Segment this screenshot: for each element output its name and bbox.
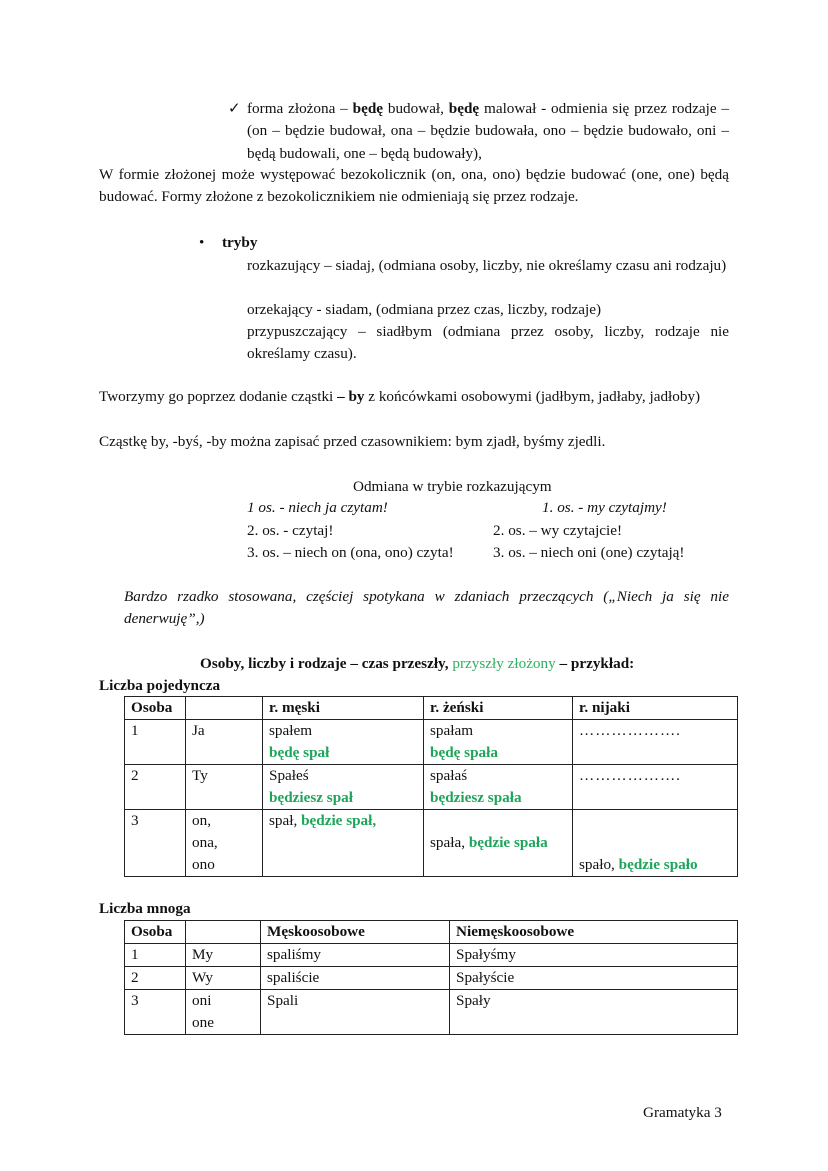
compound-form-text: forma złożona – będę budował, będę malow… xyxy=(247,98,729,165)
section-title: Osoby, liczby i rodzaje – czas przeszły,… xyxy=(200,653,634,675)
imperative-right-2: 2. os. – wy czytajcie! xyxy=(493,520,622,542)
table-row: 2 Wy spaliście Spałyście xyxy=(125,967,738,990)
imperative-title: Odmiana w trybie rozkazującym xyxy=(353,476,552,498)
table-row: 3 on,ona,ono spał, będzie spał, spała, b… xyxy=(125,810,738,877)
table-row: 3 onione Spali Spały xyxy=(125,990,738,1035)
plural-label: Liczba mnoga xyxy=(99,898,191,920)
table-row: 2 Ty Spałeśbędziesz spał spałaśbędziesz … xyxy=(125,765,738,810)
mood-item-indicative: orzekający - siadam, (odmiana przez czas… xyxy=(247,299,729,321)
moods-heading: tryby xyxy=(222,232,257,254)
table-row: 1 My spaliśmy Spałyśmy xyxy=(125,944,738,967)
by-paragraph: Tworzymy go poprzez dodanie cząstki – by… xyxy=(99,386,729,408)
rare-usage-note: Bardzo rzadko stosowana, częściej spotyk… xyxy=(124,586,729,631)
singular-table: Osoba r. męski r. żeński r. nijaki 1 Ja … xyxy=(124,696,738,877)
imperative-right-1: 1. os. - my czytajmy! xyxy=(542,497,667,519)
table-row: 1 Ja spałembędę spał spałambędę spała ……… xyxy=(125,720,738,765)
mood-item-imperative: rozkazujący – siadaj, (odmiana osoby, li… xyxy=(247,255,729,277)
table-header-row: Osoba r. męski r. żeński r. nijaki xyxy=(125,697,738,720)
imperative-right-3: 3. os. – niech oni (one) czytają! xyxy=(493,542,684,564)
plural-table: Osoba Męskoosobowe Niemęskoosobowe 1 My … xyxy=(124,920,738,1035)
imperative-left-2: 2. os. - czytaj! xyxy=(247,520,333,542)
document-page: ✓ forma złożona – będę budował, będę mal… xyxy=(0,0,828,1171)
imperative-left-3: 3. os. – niech on (ona, ono) czyta! xyxy=(247,542,454,564)
imperative-left-1: 1 os. - niech ja czytam! xyxy=(247,497,388,519)
bullet-icon: • xyxy=(199,232,204,254)
by-note: Cząstkę by, -byś, -by można zapisać prze… xyxy=(99,431,605,453)
infinitive-paragraph: W formie złożonej może występować bezoko… xyxy=(99,164,729,209)
checkmark-icon: ✓ xyxy=(228,98,241,120)
mood-item-conditional: przypuszczający – siadłbym (odmiana prze… xyxy=(247,321,729,366)
table-header-row: Osoba Męskoosobowe Niemęskoosobowe xyxy=(125,921,738,944)
page-footer: Gramatyka 3 xyxy=(643,1102,722,1124)
singular-label: Liczba pojedyncza xyxy=(99,675,220,697)
